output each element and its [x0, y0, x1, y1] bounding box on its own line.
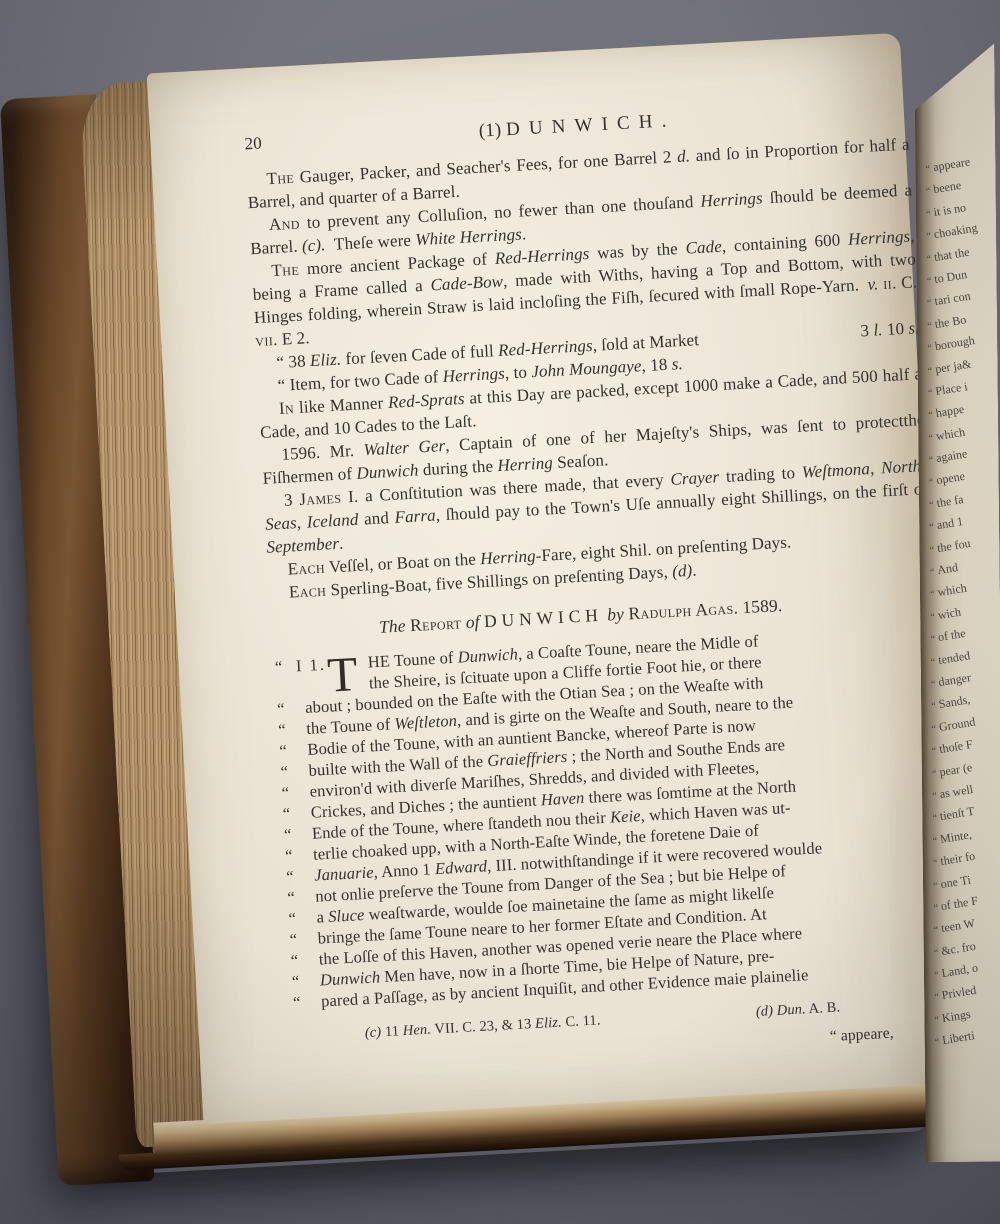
quote-mark: “ [285, 845, 294, 866]
text-run: Report [409, 612, 461, 635]
text-run: Each [287, 558, 325, 579]
text-run: of [465, 611, 484, 632]
text-run: “ 38 [276, 351, 311, 372]
text-run: Red-Sprats [388, 389, 465, 412]
text-run: Sluce [328, 905, 365, 926]
text-run: Herrings [442, 364, 505, 386]
quote-mark: “ [927, 388, 933, 400]
text-run: Weſtmona [801, 459, 870, 482]
quote-mark: “ [934, 970, 940, 982]
quote-mark: “ [928, 477, 934, 489]
quote-mark: “ [282, 803, 291, 824]
text-run: Dun. [776, 1001, 806, 1019]
quote-mark: “ [283, 824, 292, 845]
text-run: . [338, 534, 343, 553]
body-text: The Gauger, Packer, and Seacher's Fees, … [246, 132, 933, 604]
quote-mark: “ [930, 612, 936, 624]
text-run: . [692, 561, 697, 580]
quote-mark: “ [288, 908, 297, 929]
text-run: . C. [891, 272, 917, 292]
text-run: d. [677, 146, 691, 166]
quote-mark: “ [932, 813, 938, 825]
text-run: was by the [589, 239, 686, 263]
text-run: Cade [685, 237, 722, 258]
text-run: The [266, 168, 295, 188]
text-run: Herrings [700, 188, 763, 210]
open-book: 20 (1) DUNWICH. The Gauger, Packer, and … [0, 29, 959, 1188]
text-run: trading to [719, 463, 803, 486]
text-run: Herring [480, 546, 536, 568]
text-run: In [278, 398, 294, 418]
quote-mark: “ [929, 567, 935, 579]
quote-mark: “ [278, 719, 287, 740]
quote-mark: “ [930, 656, 936, 668]
text-run: Iceland [306, 510, 359, 532]
quote-mark: “ [929, 522, 935, 534]
quote-mark: “ [933, 903, 939, 915]
quote-mark: “ [927, 320, 933, 332]
text-run: a [316, 907, 329, 927]
text-run: (d) [755, 1003, 773, 1020]
text-run: Keie [610, 806, 642, 827]
footnote-d: (d) Dun. A. B. [755, 998, 840, 1022]
text-run: Radulph Agas [628, 598, 734, 624]
quote-mark: “ [287, 887, 296, 908]
text-run: , Anno 1 [373, 859, 435, 881]
text-run: Haven [540, 788, 585, 809]
book-page: 20 (1) DUNWICH. The Gauger, Packer, and … [147, 33, 957, 1124]
text-run: by [607, 603, 629, 624]
quote-mark: “ [934, 1037, 940, 1049]
quote-mark: “ [926, 231, 932, 243]
text-run: And [268, 214, 300, 235]
text-run: Seaſon. [552, 450, 609, 472]
text-run: (1) [478, 119, 506, 141]
photo-background: 20 (1) DUNWICH. The Gauger, Packer, and … [0, 0, 1000, 1224]
text-run: Cade-Bow [430, 272, 503, 295]
text-run: VII. C. 23, & 13 [431, 1016, 536, 1038]
page-number: 20 [244, 129, 303, 155]
text-run: Farra [394, 506, 436, 527]
quote-mark: “ [926, 276, 932, 288]
text-run: September [266, 534, 340, 557]
text-run: . [521, 224, 526, 243]
text-run: , to [504, 362, 531, 382]
text-run: (d) [672, 561, 693, 581]
text-run: Hen. [402, 1022, 431, 1040]
text-run: 3 [860, 321, 874, 341]
text-run: vii [255, 330, 274, 350]
quote-mark: “ [928, 455, 934, 467]
text-run: Weſtleton [394, 711, 458, 733]
quote-mark: “ [927, 298, 933, 310]
quote-mark: “ [928, 410, 934, 422]
quote-mark: “ [933, 925, 939, 937]
quote-mark: “ [927, 343, 933, 355]
quote-mark: “ [934, 1015, 940, 1027]
quote-mark: “ [293, 992, 302, 1013]
quote-mark: “ [929, 544, 935, 556]
quote-mark: “ [274, 656, 283, 677]
quote-mark: “ [929, 500, 935, 512]
facing-page-strip: “appeare“beene“it is no“choaking“that th… [914, 28, 1000, 1163]
text-run: Dunwich [457, 644, 518, 666]
text-run: Walter Ger [363, 436, 446, 459]
text-run: Herring [497, 453, 553, 475]
quote-mark: “ [289, 929, 298, 950]
quote-mark: “ [926, 253, 932, 265]
text-run: (c). [301, 235, 326, 255]
text-run: . E 2. [273, 328, 310, 349]
quote-mark: “ [926, 209, 932, 221]
text-run: Theſe were [325, 230, 416, 254]
text-run: The [378, 615, 410, 637]
text-run: DUNWICH [484, 605, 604, 631]
quote-mark: “ [925, 186, 931, 198]
text-run: A. B. [805, 999, 840, 1017]
text-run: 1596. Mr. [281, 440, 364, 463]
report-text: “I 1.THE Toune of Dunwich, a Coaſte Toun… [272, 621, 954, 1013]
quote-mark: “ [932, 858, 938, 870]
text-run: , containing 600 [721, 230, 848, 256]
text-run: Red-Herrings [498, 336, 594, 360]
quote-mark: “ [934, 992, 940, 1004]
quote-mark: “ [277, 698, 286, 719]
text-run: Herrings [848, 227, 911, 249]
text-run: s. [671, 354, 683, 374]
quote-mark: “ [925, 164, 931, 176]
quote-mark: “ [933, 947, 939, 959]
text-run: 11 [381, 1023, 403, 1040]
text-run: The [271, 260, 300, 280]
page-content: 20 (1) DUNWICH. The Gauger, Packer, and … [244, 96, 958, 1077]
text-run: Dunwich [356, 460, 419, 482]
text-run: . 1589. [733, 595, 783, 618]
facing-page-fragments: “appeare“beene“it is no“choaking“that th… [914, 28, 1000, 1058]
text-run: (c) [364, 1024, 381, 1041]
quote-mark: “ [930, 634, 936, 646]
quote-mark: “ [932, 835, 938, 847]
text-run: Crayer [670, 467, 720, 489]
section-number: I 1. [295, 654, 326, 677]
quote-mark: “ [286, 866, 295, 887]
quote-mark: “ [931, 746, 937, 758]
text-run: Edward [434, 856, 487, 878]
text-run: during the [418, 456, 498, 479]
quote-mark: “ [279, 740, 288, 761]
quote-mark: “ [927, 365, 933, 377]
text-run: like Manner [294, 393, 389, 417]
line-amount: 3 l. 10 s. [860, 316, 920, 342]
text-run: Each [288, 581, 326, 602]
text-run: , 18 [641, 355, 672, 376]
quote-mark: “ [932, 791, 938, 803]
text-run: C. 11. [561, 1012, 601, 1030]
text-run: Dunwich [319, 967, 380, 989]
quote-mark: “ [928, 432, 934, 444]
text-run: , ſold at Market [592, 330, 699, 355]
text-run: DUNWICH. [506, 110, 676, 140]
quote-mark: “ [931, 679, 937, 691]
quote-mark: “ [290, 950, 299, 971]
quote-mark: “ [281, 782, 290, 803]
text-run: 10 [882, 319, 909, 339]
quote-mark: “ [931, 768, 937, 780]
quote-mark: “ [931, 701, 937, 713]
text-run: Januarie [314, 862, 374, 884]
text-run: James [299, 488, 342, 509]
quote-mark: “ [280, 761, 289, 782]
text-run: Eliz. [309, 349, 341, 370]
text-run: Gauger, Packer, and Seacher's Fees, for … [294, 147, 678, 187]
quote-mark: “ [291, 971, 300, 992]
text-run: Red-Herrings [494, 244, 590, 268]
text-run: and [358, 508, 395, 529]
quote-mark: “ [930, 589, 936, 601]
quote-mark: “ [931, 723, 937, 735]
text-run: 3 [283, 490, 299, 510]
text-run: Eliz. [535, 1015, 563, 1032]
quote-mark: “ [933, 880, 939, 892]
